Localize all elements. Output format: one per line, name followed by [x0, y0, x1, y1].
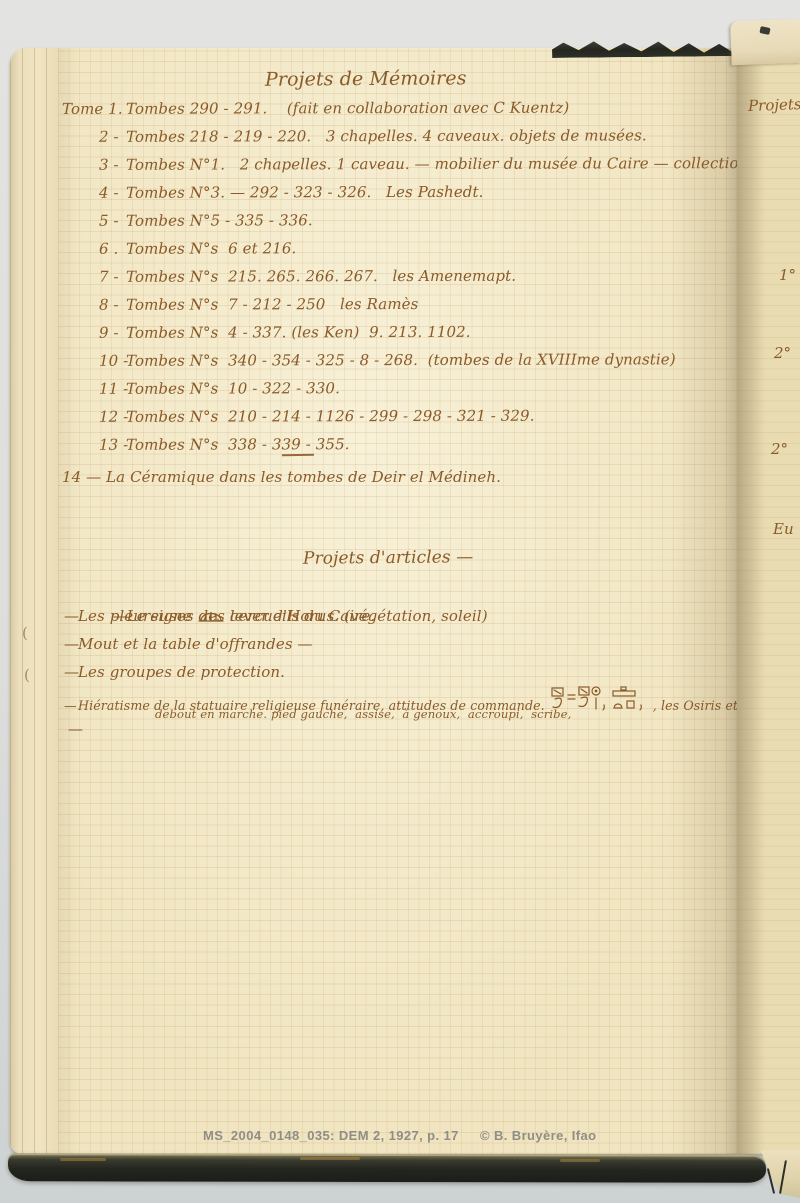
tome-text: Tombes N°s 338 - 339 - 355.: [126, 435, 350, 454]
tome-text: Tombes 290 - 291. (fait en collaboration…: [126, 99, 569, 118]
tome-number: Tome 1.: [62, 95, 126, 123]
memoire-row: 2 -Tombes 218 - 219 - 220. 3 chapelles. …: [62, 121, 756, 151]
tome-number: 9 -: [62, 319, 126, 347]
bullet-dash: —: [64, 630, 78, 658]
tome-number: 12 -: [62, 403, 126, 431]
margin-pencil-mark: (: [22, 624, 28, 642]
tome-number: 8 -: [62, 291, 126, 319]
facing-fragment: 2°: [771, 440, 788, 458]
tome-text: Tombes N°s 340 - 354 - 325 - 8 - 268. (t…: [126, 350, 676, 369]
article-row: —Le signelever d'Horus. (végétation, sol…: [64, 574, 488, 602]
memoire-row: 8 -Tombes N°s 7 - 212 - 250 les Ramès: [62, 289, 756, 319]
paper-tab: [730, 19, 800, 65]
memoire-row-14: 14 — La Céramique dans les tombes de Dei…: [62, 468, 501, 486]
tome-number: 13 -: [62, 431, 126, 459]
tome-text: Tombes N°5 - 335 - 336.: [126, 211, 313, 229]
facing-fragment: Eu: [773, 520, 794, 538]
memoire-row: 10 -Tombes N°s 340 - 354 - 325 - 8 - 268…: [62, 345, 756, 375]
tome-number: 3 -: [62, 151, 126, 179]
article-row: —Les groupes de protection.: [64, 658, 488, 686]
tome-text: Tombes 218 - 219 - 220. 3 chapelles. 4 c…: [126, 126, 647, 145]
article-text: Les pleureuses des cercueils du Caire.: [78, 607, 375, 625]
memoire-row: 5 -Tombes N°5 - 335 - 336.: [62, 205, 756, 235]
articles-title: Projets d'articles —: [303, 547, 473, 568]
lone-dash: —: [68, 720, 83, 738]
tome-text: Tombes N°s 215. 265. 266. 267. les Amene…: [126, 267, 516, 286]
memoire-row: 12 -Tombes N°s 210 - 214 - 1126 - 299 - …: [62, 401, 756, 431]
facing-fragment: 1°: [779, 266, 796, 284]
memoire-row: 3 -Tombes N°1. 2 chapelles. 1 caveau. — …: [62, 149, 756, 179]
facing-page-edge: Projets 1° 2° 2° Eu: [737, 48, 800, 1154]
scanned-notebook-page: Projets de Mémoires Tome 1.Tombes 290 - …: [0, 0, 800, 1203]
tome-number: 5 -: [62, 207, 126, 235]
article-text: Mout et la table d'offrandes —: [78, 635, 313, 653]
tome-text: Tombes N°s 4 - 337. (les Ken) 9. 213. 11…: [126, 323, 471, 342]
bullet-dash: —: [64, 698, 78, 713]
tome-number: 7 -: [62, 263, 126, 291]
page-title: Projets de Mémoires: [265, 67, 467, 90]
facing-fragment: Projets: [748, 95, 800, 115]
article-row: —Mout et la table d'offrandes —: [64, 630, 488, 658]
facing-fragment: 2°: [774, 344, 791, 362]
tome-number: 10 -: [62, 347, 126, 375]
article-subtext: debout en marche. pied gauche, assise, à…: [155, 707, 571, 721]
tome-text: Tombes N°3. — 292 - 323 - 326. Les Pashe…: [126, 183, 484, 202]
tome-number: 11 -: [62, 375, 126, 403]
bullet-dash: —: [64, 658, 78, 686]
memoire-row: 11 -Tombes N°s 10 - 322 - 330.: [62, 373, 756, 403]
memoire-row: 6 .Tombes N°s 6 et 216.: [62, 233, 756, 263]
tome-number: 4 -: [62, 179, 126, 207]
tome-text: Tombes N°s 6 et 216.: [126, 239, 296, 257]
memoire-row: 4 -Tombes N°3. — 292 - 323 - 326. Les Pa…: [62, 177, 756, 207]
page-stack-edges: [10, 48, 58, 1154]
notebook-cover-edge: [8, 1153, 766, 1183]
memoire-row: 7 -Tombes N°s 215. 265. 266. 267. les Am…: [62, 261, 756, 291]
tome-text: Tombes N°s 10 - 322 - 330.: [126, 379, 340, 398]
notebook: Projets de Mémoires Tome 1.Tombes 290 - …: [10, 48, 800, 1154]
memoire-row: 13 -Tombes N°s 338 - 339 - 355.: [62, 429, 756, 459]
tome-text: Tombes N°1. 2 chapelles. 1 caveau. — mob…: [126, 154, 756, 174]
tome-number: 2 -: [62, 123, 126, 151]
memoire-row: 9 -Tombes N°s 4 - 337. (les Ken) 9. 213.…: [62, 317, 756, 347]
articles-list: —Le signelever d'Horus. (végétation, sol…: [64, 574, 488, 686]
memoire-row: Tome 1.Tombes 290 - 291. (fait en collab…: [62, 93, 756, 123]
tome-text: Tombes N°s 210 - 214 - 1126 - 299 - 298 …: [126, 407, 535, 426]
tome-text: Tombes N°s 7 - 212 - 250 les Ramès: [126, 295, 418, 314]
tome-number: 6 .: [62, 235, 126, 263]
bullet-dash: —: [64, 602, 78, 630]
memoires-list: Tome 1.Tombes 290 - 291. (fait en collab…: [62, 94, 756, 458]
margin-pencil-mark: (: [24, 666, 30, 684]
manuscript-id-caption: MS_2004_0148_035: DEM 2, 1927, p. 17: [203, 1128, 459, 1143]
main-page: Projets de Mémoires Tome 1.Tombes 290 - …: [58, 48, 737, 1154]
article-text: Les groupes de protection.: [78, 663, 285, 681]
copyright-caption: © B. Bruyère, Ifao: [480, 1128, 596, 1143]
